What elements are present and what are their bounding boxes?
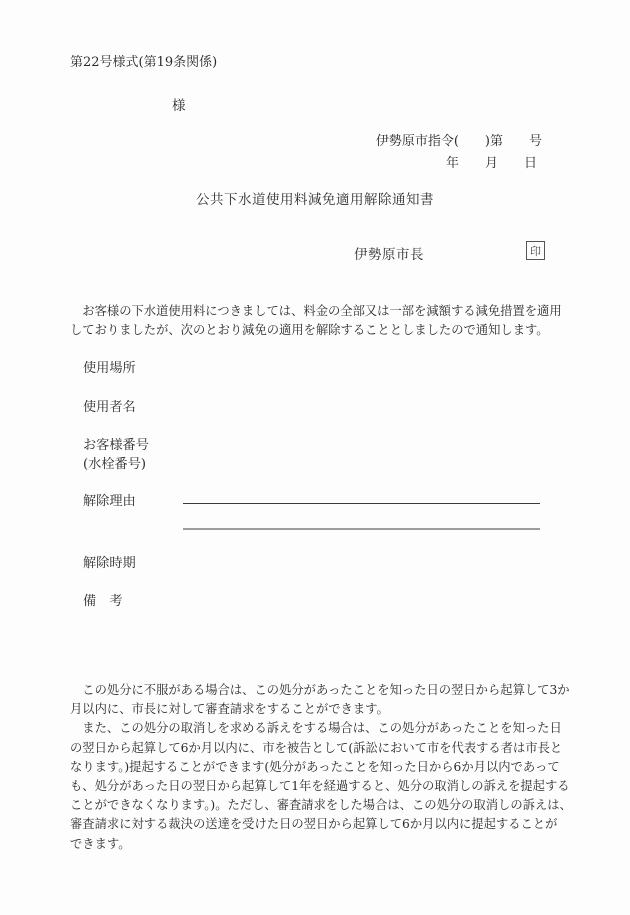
appeal-line: の翌日から起算して6か月以内に、市を被告として(訴訟において市を代表する者は市長… (70, 739, 570, 758)
notice-body: お客様の下水道使用料につきましては、料金の全部又は一部を減額する減免措置を適用 … (70, 302, 570, 340)
usage-place-label: 使用場所 (83, 357, 136, 376)
notice-body-line: しておりましたが、次のとおり減免の適用を解除することとしましたので通知します。 (70, 321, 570, 340)
issue-date-line: 年 月 日 (446, 152, 537, 171)
issuer-name: 伊勢原市長 (354, 243, 424, 263)
appeal-line: できます。 (70, 835, 570, 854)
release-time-label: 解除時期 (83, 552, 136, 571)
directive-number-line: 伊勢原市指令( )第 号 (376, 130, 542, 149)
appeal-line: 月以内に、市長に対して審査請求をすることができます。 (70, 700, 570, 719)
customer-number-label: お客様番号 (83, 434, 149, 453)
appeal-line: 審査請求に対する裁決の送達を受けた日の翌日から起算して6か月以内に提起することが (70, 815, 570, 834)
appeal-line: また、この処分の取消しを求める訴えをする場合は、この処分があったことを知った日 (70, 719, 570, 738)
notice-body-line: お客様の下水道使用料につきましては、料金の全部又は一部を減額する減免措置を適用 (70, 302, 570, 321)
release-reason-label: 解除理由 (83, 490, 136, 509)
remarks-label: 備 考 (83, 590, 123, 609)
appeal-line: も、処分があった日の翌日から起算して1年を経過すると、処分の取消しの訴えを提起す… (70, 777, 570, 796)
customer-number-sublabel: (水栓番号) (83, 453, 146, 472)
appeal-line: ことができなくなります。)。ただし、審査請求をした場合は、この処分の取消しの訴え… (70, 796, 570, 815)
appeal-line: この処分に不服がある場合は、この処分があったことを知った日の翌日から起算して3か (70, 681, 570, 700)
reason-fill-line-2 (183, 528, 540, 530)
appeal-instructions: この処分に不服がある場合は、この処分があったことを知った日の翌日から起算して3か… (70, 681, 570, 854)
user-name-label: 使用者名 (83, 396, 136, 415)
addressee-suffix: 様 (172, 94, 186, 114)
appeal-line: なります。)提起することができます(処分があったことを知った日から6か月以内であ… (70, 758, 570, 777)
notice-document-page: 第22号様式(第19条関係) 様 伊勢原市指令( )第 号 年 月 日 公共下水… (0, 0, 630, 915)
seal-placeholder: 印 (526, 241, 545, 260)
reason-fill-line-1 (183, 503, 540, 504)
document-title: 公共下水道使用料減免適用解除通知書 (0, 188, 630, 208)
form-number: 第22号様式(第19条関係) (70, 51, 217, 70)
seal-mark: 印 (530, 243, 541, 259)
